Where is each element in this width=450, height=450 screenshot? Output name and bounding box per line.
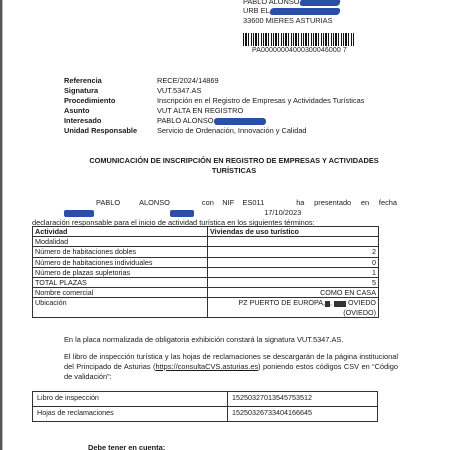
barcode-image: [243, 33, 355, 46]
table-row-location: Ubicación PZ PUERTO DE EUROPA,, OVIEDO (…: [33, 298, 379, 317]
consulta-csv-link[interactable]: https://consultaCVS.asturias.es: [155, 362, 258, 371]
table-row: Libro de inspección15250327013545753512: [33, 392, 378, 407]
recipient-address: PABLO ALONSO URB EL 33600 MIERES ASTURIA…: [243, 0, 340, 25]
applicant-nif: con NIF ES011: [202, 198, 264, 207]
document-metadata: ReferenciaRECE/2024/14869 SignaturaVUT.5…: [64, 76, 364, 136]
barcode-number: PA00000004000300046000 7: [252, 47, 347, 54]
table-row: Modalidad: [33, 237, 379, 247]
redaction-mark: [170, 210, 194, 217]
meta-label: Interesado: [64, 116, 157, 126]
redaction-mark: [214, 118, 266, 125]
redaction-mark: [299, 0, 340, 6]
applicant-name: PABLO ALONSO: [96, 198, 170, 207]
location-street: PZ PUERTO DE EUROPA,: [238, 298, 325, 307]
row-label: Ubicación: [33, 298, 208, 317]
scan-edge-shadow: [2, 0, 3, 450]
meta-row-interesado: InteresadoPABLO ALONSO: [64, 116, 364, 126]
table-header-row: Actividad Viviendas de uso turístico: [33, 227, 379, 237]
meta-label: Asunto: [64, 106, 157, 116]
header-cell: Actividad: [33, 227, 208, 237]
table-row: Nombre comercialCOMO EN CASA: [33, 288, 379, 298]
meta-label: Referencia: [64, 76, 157, 86]
intro-line-1: PABLO ALONSO con NIF ES011 ha presentado…: [32, 198, 397, 218]
meta-row-referencia: ReferenciaRECE/2024/14869: [64, 76, 364, 86]
meta-value: PABLO ALONSO: [157, 116, 266, 126]
meta-row-asunto: AsuntoVUT ALTA EN REGISTRO: [64, 106, 364, 116]
recipient-street: URB EL: [243, 6, 270, 15]
csv-code: 15250326733404166645: [228, 407, 378, 422]
row-value: 5: [208, 278, 379, 288]
meta-value: Inscripción en el Registro de Empresas y…: [157, 96, 364, 106]
libro-paragraph: El libro de inspección turística y las h…: [36, 352, 398, 382]
row-label: Número de habitaciones individuales: [33, 257, 208, 267]
meta-value: RECE/2024/14869: [157, 76, 219, 86]
table-row: TOTAL PLAZAS5: [33, 278, 379, 288]
row-value: PZ PUERTO DE EUROPA,, OVIEDO (OVIEDO): [208, 298, 379, 317]
csv-label: Hojas de reclamaciones: [33, 407, 228, 422]
meta-value: VUT ALTA EN REGISTRO: [157, 106, 243, 116]
row-label: Modalidad: [33, 237, 208, 247]
row-value: 1: [208, 267, 379, 277]
row-label: TOTAL PLAZAS: [33, 278, 208, 288]
redaction-mark: [334, 301, 346, 307]
header-cell: Viviendas de uso turístico: [208, 227, 379, 237]
redaction-mark: [325, 301, 330, 307]
row-value: 2: [208, 247, 379, 257]
table-row: Número de habitaciones dobles2: [33, 247, 379, 257]
redaction-mark: [269, 8, 340, 15]
meta-row-signatura: SignaturaVUT.5347.AS: [64, 86, 364, 96]
submission-date-text: ha presentado en fecha 17/10/2023: [264, 198, 397, 218]
row-value: 0: [208, 257, 379, 267]
title-line-1: COMUNICACIÓN DE INSCRIPCIÓN EN REGISTRO …: [64, 156, 404, 166]
redaction-mark: [64, 210, 94, 217]
meta-row-procedimiento: ProcedimientoInscripción en el Registro …: [64, 96, 364, 106]
interesado-name: PABLO ALONSO: [157, 116, 214, 125]
meta-label: Unidad Responsable: [64, 126, 157, 136]
csv-codes-table: Libro de inspección15250327013545753512 …: [32, 391, 378, 422]
recipient-name: PABLO ALONSO: [243, 0, 300, 6]
footer-heading: Debe tener en cuenta:: [88, 443, 165, 450]
activity-table: Actividad Viviendas de uso turístico Mod…: [32, 226, 379, 318]
document-title: COMUNICACIÓN DE INSCRIPCIÓN EN REGISTRO …: [64, 156, 404, 176]
row-label: Número de plazas supletorias: [33, 267, 208, 277]
table-row: Número de habitaciones individuales0: [33, 257, 379, 267]
recipient-city: 33600 MIERES ASTURIAS: [243, 16, 340, 25]
meta-value: Servicio de Ordenación, Innovación y Cal…: [157, 126, 307, 136]
title-line-2: TURÍSTICAS: [64, 166, 404, 176]
meta-row-unidad: Unidad ResponsableServicio de Ordenación…: [64, 126, 364, 136]
meta-value: VUT.5347.AS: [157, 86, 201, 96]
table-row: Hojas de reclamaciones152503267334041666…: [33, 407, 378, 422]
table-row: Número de plazas supletorias1: [33, 267, 379, 277]
row-label: Número de habitaciones dobles: [33, 247, 208, 257]
csv-label: Libro de inspección: [33, 392, 228, 407]
location-province: (OVIEDO): [210, 308, 376, 317]
meta-label: Procedimiento: [64, 96, 157, 106]
meta-label: Signatura: [64, 86, 157, 96]
row-label: Nombre comercial: [33, 288, 208, 298]
row-value: COMO EN CASA: [208, 288, 379, 298]
location-city: OVIEDO: [348, 298, 376, 307]
csv-code: 15250327013545753512: [228, 392, 378, 407]
intro-paragraph: PABLO ALONSO con NIF ES011 ha presentado…: [32, 198, 397, 228]
placa-paragraph: En la placa normalizada de obligatoria e…: [64, 335, 394, 345]
row-value: [208, 237, 379, 247]
